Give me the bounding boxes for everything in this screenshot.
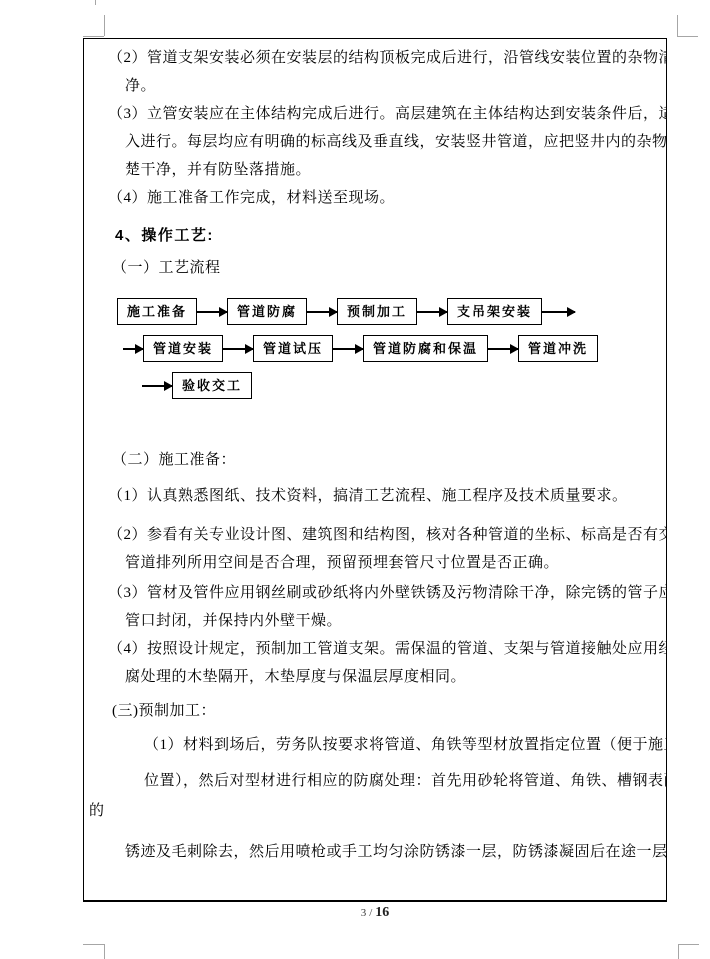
flow-arrow-icon [197,311,227,313]
para-3-line-3: 楚干净，并有防坠落措施。 [84,156,666,184]
flow-step-anticorrosion-insulation: 管道防腐和保温 [363,335,488,362]
crop-mark-top-left-horizontal [83,36,104,37]
crop-mark-top-left-vertical [104,15,105,36]
prefab-item-1-line-2: 位置），然后对型材进行相应的防腐处理：首先用砂轮将管道、角铁、槽钢表面 [84,767,666,795]
subsection-1-heading: （一）工艺流程 [84,254,666,282]
page-number-current: 3 [361,907,367,919]
word-document-page: { "pre": { "i2l1": "（2）管道支架安装必须在安装层的结构顶板… [0,0,710,959]
flow-arrow-icon [142,385,172,387]
prefab-orphan-char: 的 [84,797,666,825]
prep-item-4-line-1: （4）按照设计规定，预制加工管道支架。需保温的管道、支架与管道接触处应用经防 [84,635,666,663]
para-2-line-1: （2）管道支架安装必须在安装层的结构顶板完成后进行，沿管线安装位置的杂物清理干 [84,44,666,72]
crop-mark-bottom-left-horizontal [83,944,104,945]
crop-mark-previous-page-remnant [95,0,96,5]
crop-mark-bottom-left-vertical [104,944,105,959]
crop-mark-top-right-vertical [677,15,678,36]
flow-arrow-icon [223,348,253,350]
page-number-separator: / [369,907,372,919]
flowchart-row-1: 施工准备 管道防腐 预制加工 支吊架安装 [117,298,666,325]
flow-arrow-icon [542,311,575,313]
flow-step-pipe-flush: 管道冲洗 [518,335,598,362]
flow-step-pipe-install: 管道安装 [143,335,223,362]
flowchart-row-2: 管道安装 管道试压 管道防腐和保温 管道冲洗 [123,335,666,362]
para-2-line-2: 净。 [84,72,666,100]
para-3-line-2: 入进行。每层均应有明确的标高线及垂直线，安装竖井管道，应把竖井内的杂物清 [84,128,666,156]
prep-item-3-line-2: 管口封闭，并保持内外壁干燥。 [84,607,666,635]
flow-step-hanger-install: 支吊架安装 [447,298,542,325]
flow-step-prefabrication: 预制加工 [337,298,417,325]
prefab-item-1-line-3: 锈迹及毛刺除去，然后用喷枪或手工均匀涂防锈漆一层，防锈漆凝固后在途一层 [84,838,666,866]
para-3-line-1: （3）立管安装应在主体结构完成后进行。高层建筑在主体结构达到安装条件后，适当插 [84,100,666,128]
flow-arrow-icon [488,348,518,350]
crop-mark-top-right-horizontal [677,36,698,37]
flow-arrow-icon [333,348,363,350]
flow-step-pressure-test: 管道试压 [253,335,333,362]
page-number: 3/16 [83,903,667,923]
prep-item-3-line-1: （3）管材及管件应用钢丝刷或砂纸将内外壁铁锈及污物清除干净，除完锈的管子应将 [84,579,666,607]
prep-item-4-line-2: 腐处理的木垫隔开，木垫厚度与保温层厚度相同。 [84,663,666,691]
flow-arrow-icon [123,348,143,350]
page-number-total: 16 [375,905,389,920]
flow-step-pipe-anticorrosion: 管道防腐 [227,298,307,325]
prep-item-2-line-2: 管道排列所用空间是否合理，预留预埋套管尺寸位置是否正确。 [84,549,666,577]
subsection-3-heading: (三)预制加工： [84,697,666,725]
para-4-line-1: （4）施工准备工作完成，材料送至现场。 [84,184,666,212]
flow-arrow-icon [417,311,447,313]
prep-item-1: （1）认真熟悉图纸、技术资料，搞清工艺流程、施工程序及技术质量要求。 [84,482,666,510]
crop-mark-bottom-right-horizontal [678,944,699,945]
document-content-frame: （2）管道支架安装必须在安装层的结构顶板完成后进行，沿管线安装位置的杂物清理干 … [83,38,667,902]
crop-mark-bottom-right-vertical [678,944,679,959]
flow-step-construction-prep: 施工准备 [117,298,197,325]
process-flowchart: 施工准备 管道防腐 预制加工 支吊架安装 管道安装 管道试压 管道防腐和保温 管… [84,298,666,399]
section-4-heading: 4、操作工艺: [84,222,666,250]
subsection-2-heading: （二）施工准备： [84,446,666,474]
flow-arrow-icon [307,311,337,313]
flow-step-acceptance-handover: 验收交工 [172,372,252,399]
flowchart-row-3: 验收交工 [142,372,666,399]
prefab-item-1-line-1: （1）材料到场后，劳务队按要求将管道、角铁等型材放置指定位置（便于施工的 [84,731,666,759]
prep-item-2-line-1: （2）参看有关专业设计图、建筑图和结构图，核对各种管道的坐标、标高是否有交叉， [84,521,666,549]
